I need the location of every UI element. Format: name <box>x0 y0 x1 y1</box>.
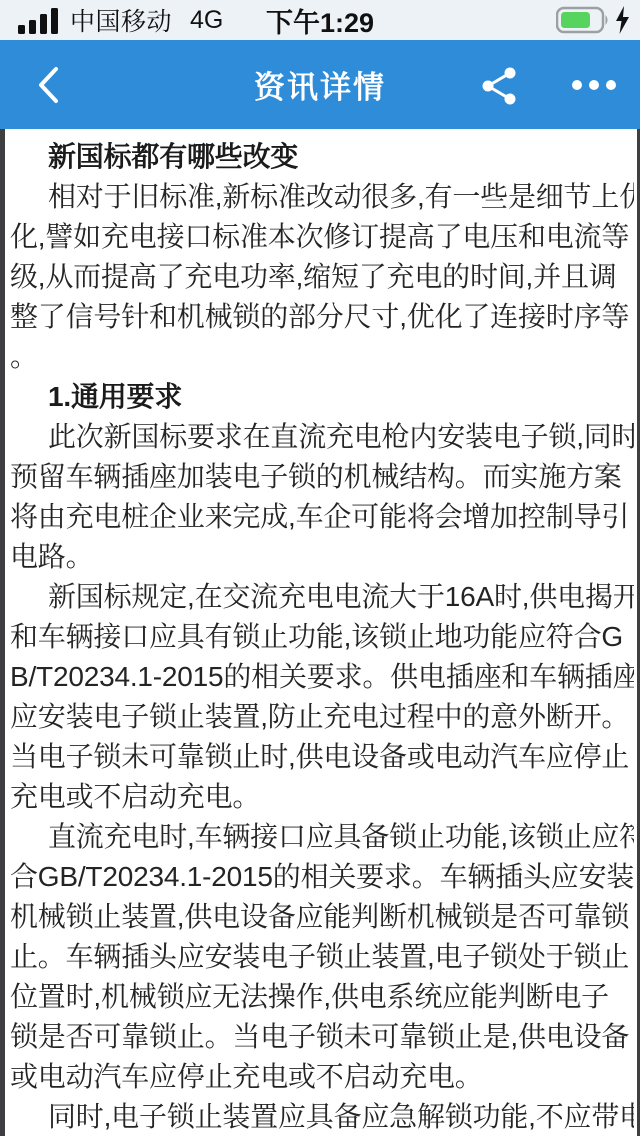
article-line: 充电或不启动充电。 <box>10 777 634 817</box>
article-paragraph: 直流充电时,车辆接口应具备锁止功能,该锁止应符合GB/T20234.1-2015… <box>10 817 634 1097</box>
article-line: 当电子锁未可靠锁止时,供电设备或电动汽车应停止 <box>10 737 634 777</box>
signal-strength-icon <box>18 7 60 34</box>
article: 新国标都有哪些改变相对于旧标准,新标准改动很多,有一些是细节上优化,譬如充电接口… <box>5 129 637 1136</box>
article-line: B/T20234.1-2015的相关要求。供电插座和车辆插座 <box>10 657 634 697</box>
article-line: 机械锁止装置,供电设备应能判断机械锁是否可靠锁 <box>10 897 634 937</box>
back-button[interactable] <box>26 55 70 115</box>
battery-icon <box>556 6 610 34</box>
article-line: 预留车辆插座加装电子锁的机械结构。而实施方案 <box>10 457 634 497</box>
article-line: 化,譬如充电接口标准本次修订提高了电压和电流等 <box>10 217 634 257</box>
article-line: 合GB/T20234.1-2015的相关要求。车辆插头应安装 <box>10 857 634 897</box>
article-paragraph: 此次新国标要求在直流充电枪内安装电子锁,同时预留车辆插座加装电子锁的机械结构。而… <box>10 417 634 577</box>
status-bar: 中国移动 4G 下午1:29 <box>0 0 640 40</box>
charging-bolt-icon <box>614 6 632 34</box>
article-line: 位置时,机械锁应无法操作,供电系统应能判断电子 <box>10 977 634 1017</box>
article-line: 或电动汽车应停止充电或不启动充电。 <box>10 1057 634 1097</box>
article-line: 相对于旧标准,新标准改动很多,有一些是细节上优 <box>10 177 634 217</box>
phone-screen: 中国移动 4G 下午1:29 <box>0 0 640 1136</box>
article-line: 1.通用要求 <box>10 377 634 417</box>
network-type-label: 4G <box>190 6 223 35</box>
article-heading: 1.通用要求 <box>10 377 634 417</box>
carrier-label: 中国移动 <box>70 2 172 38</box>
chevron-left-icon <box>36 65 60 105</box>
article-line: 。 <box>10 337 634 377</box>
ellipsis-icon <box>571 79 617 91</box>
article-line: 锁是否可靠锁止。当电子锁未可靠锁止是,供电设备 <box>10 1017 634 1057</box>
article-paragraph: 新国标规定,在交流充电电流大于16A时,供电揭开和车辆接口应具有锁止功能,该锁止… <box>10 577 634 817</box>
article-line: 整了信号针和机械锁的部分尺寸,优化了连接时序等 <box>10 297 634 337</box>
article-line: 同时,电子锁止装置应具备应急解锁功能,不应带电 <box>10 1097 634 1136</box>
article-line: 将由充电桩企业来完成,车企可能将会增加控制导引 <box>10 497 634 537</box>
article-line: 应安装电子锁止装置,防止充电过程中的意外断开。 <box>10 697 634 737</box>
article-paragraph: 同时,电子锁止装置应具备应急解锁功能,不应带电 <box>10 1097 634 1136</box>
article-line: 止。车辆插头应安装电子锁止装置,电子锁处于锁止 <box>10 937 634 977</box>
article-line: 级,从而提高了充电功率,缩短了充电的时间,并且调 <box>10 257 634 297</box>
status-bar-right <box>556 6 640 34</box>
article-heading: 新国标都有哪些改变 <box>10 137 634 177</box>
nav-bar: 资讯详情 <box>0 40 640 129</box>
article-line: 电路。 <box>10 537 634 577</box>
more-options-button[interactable] <box>566 55 622 115</box>
article-scroll-area[interactable]: 新国标都有哪些改变相对于旧标准,新标准改动很多,有一些是细节上优化,譬如充电接口… <box>0 129 640 1136</box>
share-button[interactable] <box>474 55 526 115</box>
article-line: 直流充电时,车辆接口应具备锁止功能,该锁止应符 <box>10 817 634 857</box>
article-line: 新国标规定,在交流充电电流大于16A时,供电揭开 <box>10 577 634 617</box>
share-icon <box>479 64 521 106</box>
article-paragraph: 相对于旧标准,新标准改动很多,有一些是细节上优化,譬如充电接口标准本次修订提高了… <box>10 177 634 377</box>
article-line: 和车辆接口应具有锁止功能,该锁止地功能应符合G <box>10 617 634 657</box>
article-line: 新国标都有哪些改变 <box>10 137 634 177</box>
page-title: 资讯详情 <box>0 62 640 107</box>
status-bar-left: 中国移动 4G <box>0 2 223 38</box>
article-line: 此次新国标要求在直流充电枪内安装电子锁,同时 <box>10 417 634 457</box>
